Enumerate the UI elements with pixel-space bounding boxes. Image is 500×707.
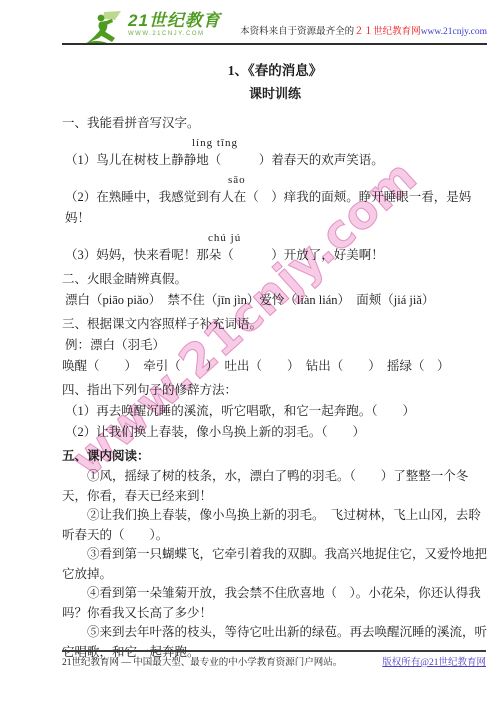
header-divider [62, 43, 487, 45]
question-4-2: （2）让我们换上春装，像小鸟换上新的羽毛。（ ） [62, 422, 488, 443]
section-4-heading: 四、指出下列句子的修辞方法： [62, 380, 488, 401]
worksheet-page: www.21cnjy.com 21世纪教育 www.21cnjy.com 本资料… [0, 0, 500, 707]
doc-title: 1、《春的消息》 [62, 62, 488, 79]
footer-copyright-link[interactable]: 版权所有@21世纪教育网 [382, 657, 486, 670]
section-3-example: 例：漂白（羽毛） [62, 335, 488, 356]
brand-text-block: 21世纪教育 www.21cnjy.com [128, 11, 221, 38]
header-notice: 本资料来自于资源最齐全的２１世纪教育网www.21cnjy.com [240, 26, 487, 38]
doc-subtitle: 课时训练 [62, 86, 488, 102]
pinyin-hint-1: líng tīng [192, 137, 488, 150]
page-header: 21世纪教育 www.21cnjy.com 本资料来自于资源最齐全的２１世纪教育… [0, 0, 500, 46]
question-1-1: （1）鸟儿在树枝上静静地（ ）着春天的欢声笑语。 [62, 150, 488, 171]
section-2-choices: 漂白（piāo piǎo） 禁不住（jīn jìn）爱怜（liàn lián） … [62, 290, 488, 311]
footer-description: 21世纪教育网 — 中国最大型、最专业的中小学教育资源门户网站。 [62, 657, 342, 670]
section-3-blanks: 唤醒（ ） 牵引（ ） 吐出（ ） 钻出（ ） 摇绿（ ） [62, 356, 488, 377]
section-1-heading: 一、我能看拼音写汉字。 [62, 113, 488, 134]
brand-logo: 21世纪教育 www.21cnjy.com [84, 11, 221, 45]
notice-brand: ２１世纪教育网 [354, 27, 421, 37]
question-1-2: （2）在熟睡中，我感觉到有人在（ ）痒我的面颊。睁开睡眼一看，是妈妈！ [62, 187, 488, 229]
reading-paragraph-2: ②让我们换上春装，像小鸟换上新的羽毛。 飞过树林，飞上山冈，去聆听春天的（ ）。 [62, 506, 488, 545]
runner-logo-icon [84, 11, 124, 45]
page-footer: 21世纪教育网 — 中国最大型、最专业的中小学教育资源门户网站。 版权所有@21… [62, 650, 486, 670]
document-content: 1、《春的消息》 课时训练 一、我能看拼音写汉字。 líng tīng （1）鸟… [62, 62, 488, 662]
section-2-heading: 二、火眼金睛辨真假。 [62, 269, 488, 290]
notice-url-link[interactable]: www.21cnjy.com [421, 27, 487, 37]
question-1-3: （3）妈妈，快来看呢！那朵（ ）开放了，好美啊！ [62, 245, 488, 266]
notice-prefix: 本资料来自于资源最齐全的 [240, 27, 354, 37]
pinyin-hint-2: sāo [228, 174, 488, 187]
brand-tagline: www.21cnjy.com [128, 30, 221, 38]
brand-name: 21世纪教育 [128, 11, 221, 30]
reading-paragraph-4: ④看到第一朵雏菊开放，我会禁不住欣喜地（ ）。小花朵，你还认得我吗？你看我又长高… [62, 584, 488, 623]
pinyin-hint-3: chú jú [208, 232, 488, 245]
reading-paragraph-1: ①风，摇绿了树的枝条，水，漂白了鸭的羽毛。（ ）了整整一个冬天，你看，春天已经来… [62, 467, 488, 506]
reading-paragraph-3: ③看到第一只蝴蝶飞，它牵引着我的双脚。我高兴地捉住它，又爱怜地把它放掉。 [62, 545, 488, 584]
section-3-heading: 三、根据课文内容照样子补充词语。 [62, 314, 488, 335]
section-5-heading: 五、课内阅读： [62, 446, 488, 467]
question-4-1: （1）再去唤醒沉睡的溪流，听它唱歌，和它一起奔跑。（ ） [62, 401, 488, 422]
